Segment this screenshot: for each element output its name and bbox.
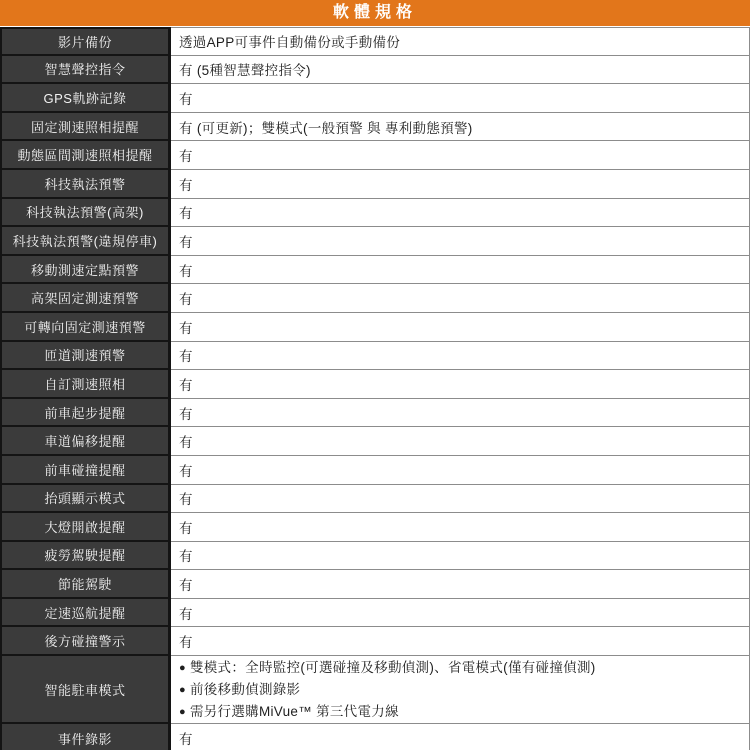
row-value: 有 (171, 342, 750, 371)
table-row: 定速巡航提醒有 (0, 599, 750, 628)
table-row: 智慧聲控指令有 (5種智慧聲控指令) (0, 56, 750, 85)
row-value: 有 (171, 485, 750, 514)
row-label: 固定測速照相提醒 (0, 113, 171, 142)
table-row: 科技執法預警(高架)有 (0, 199, 750, 228)
row-value: 有 (171, 227, 750, 256)
row-label: 科技執法預警 (0, 170, 171, 199)
row-label: 節能駕駛 (0, 570, 171, 599)
row-value: 有 (171, 599, 750, 628)
table-row: 移動測速定點預警有 (0, 256, 750, 285)
row-label: 科技執法預警(高架) (0, 199, 171, 228)
table-row: 科技執法預警(違規停車)有 (0, 227, 750, 256)
row-value: 有 (可更新)；雙模式(一般預警 與 專利動態預警) (171, 113, 750, 142)
bullet-line: ●雙模式：全時監控(可選碰撞及移動偵測)、省電模式(僅有碰撞偵測) (179, 657, 741, 679)
row-label: 科技執法預警(違規停車) (0, 227, 171, 256)
table-row: 科技執法預警有 (0, 170, 750, 199)
table-row: 後方碰撞警示有 (0, 627, 750, 656)
table-row: 大燈開啟提醒有 (0, 513, 750, 542)
table-row: 固定測速照相提醒有 (可更新)；雙模式(一般預警 與 專利動態預警) (0, 113, 750, 142)
table-row: 匝道測速預警有 (0, 342, 750, 371)
row-value: 有 (171, 724, 750, 750)
row-label: 智慧聲控指令 (0, 56, 171, 85)
table-row: GPS軌跡記錄有 (0, 84, 750, 113)
row-value: 有 (171, 170, 750, 199)
spec-page: 軟體規格 影片備份透過APP可事件自動備份或手動備份智慧聲控指令有 (5種智慧聲… (0, 0, 750, 750)
row-label: 匝道測速預警 (0, 342, 171, 371)
row-label: 前車起步提醒 (0, 399, 171, 428)
row-value: 有 (171, 313, 750, 342)
table-row: 車道偏移提醒有 (0, 427, 750, 456)
row-label: 自訂測速照相 (0, 370, 171, 399)
row-label: 大燈開啟提醒 (0, 513, 171, 542)
row-label: 抬頭顯示模式 (0, 485, 171, 514)
row-value: 有 (171, 256, 750, 285)
table-row: 高架固定測速預警有 (0, 284, 750, 313)
row-label: 動態區間測速照相提醒 (0, 141, 171, 170)
row-label: 高架固定測速預警 (0, 284, 171, 313)
row-value: 有 (171, 399, 750, 428)
bullet-icon: ● (179, 684, 186, 696)
row-label: 後方碰撞警示 (0, 627, 171, 656)
row-label: 可轉向固定測速預警 (0, 313, 171, 342)
table-row: 抬頭顯示模式有 (0, 485, 750, 514)
row-value: 有 (171, 427, 750, 456)
table-row: 影片備份透過APP可事件自動備份或手動備份 (0, 27, 750, 56)
table-row: 節能駕駛有 (0, 570, 750, 599)
table-row: 疲勞駕駛提醒有 (0, 542, 750, 571)
bullet-line: ●前後移動偵測錄影 (179, 679, 741, 701)
row-value: 有 (171, 199, 750, 228)
bullet-icon: ● (179, 662, 186, 674)
row-label: 定速巡航提醒 (0, 599, 171, 628)
bullet-text: 雙模式：全時監控(可選碰撞及移動偵測)、省電模式(僅有碰撞偵測) (190, 660, 596, 675)
table-row: 智能駐車模式●雙模式：全時監控(可選碰撞及移動偵測)、省電模式(僅有碰撞偵測)●… (0, 656, 750, 724)
row-value: 有 (171, 513, 750, 542)
bullet-text: 需另行選購MiVue™ 第三代電力線 (190, 704, 399, 719)
row-value: 有 (5種智慧聲控指令) (171, 56, 750, 85)
row-value: 有 (171, 627, 750, 656)
row-value: 透過APP可事件自動備份或手動備份 (171, 27, 750, 56)
row-label: 智能駐車模式 (0, 656, 171, 724)
row-label: 事件錄影 (0, 724, 171, 750)
row-label: 前車碰撞提醒 (0, 456, 171, 485)
row-label: 車道偏移提醒 (0, 427, 171, 456)
row-value: 有 (171, 84, 750, 113)
bullet-line: ●需另行選購MiVue™ 第三代電力線 (179, 701, 741, 723)
row-value: 有 (171, 141, 750, 170)
row-value: 有 (171, 456, 750, 485)
spec-table-title: 軟體規格 (0, 0, 750, 26)
row-value: 有 (171, 570, 750, 599)
bullet-text: 前後移動偵測錄影 (190, 682, 300, 697)
bullet-icon: ● (179, 706, 186, 718)
row-value: 有 (171, 542, 750, 571)
row-value: 有 (171, 284, 750, 313)
table-row: 前車碰撞提醒有 (0, 456, 750, 485)
row-value: ●雙模式：全時監控(可選碰撞及移動偵測)、省電模式(僅有碰撞偵測)●前後移動偵測… (171, 656, 750, 724)
spec-table: 影片備份透過APP可事件自動備份或手動備份智慧聲控指令有 (5種智慧聲控指令)G… (0, 27, 750, 750)
row-label: GPS軌跡記錄 (0, 84, 171, 113)
row-label: 影片備份 (0, 27, 171, 56)
row-value: 有 (171, 370, 750, 399)
row-label: 疲勞駕駛提醒 (0, 542, 171, 571)
table-row: 動態區間測速照相提醒有 (0, 141, 750, 170)
row-label: 移動測速定點預警 (0, 256, 171, 285)
table-row: 前車起步提醒有 (0, 399, 750, 428)
table-row: 事件錄影有 (0, 724, 750, 750)
table-row: 自訂測速照相有 (0, 370, 750, 399)
table-row: 可轉向固定測速預警有 (0, 313, 750, 342)
